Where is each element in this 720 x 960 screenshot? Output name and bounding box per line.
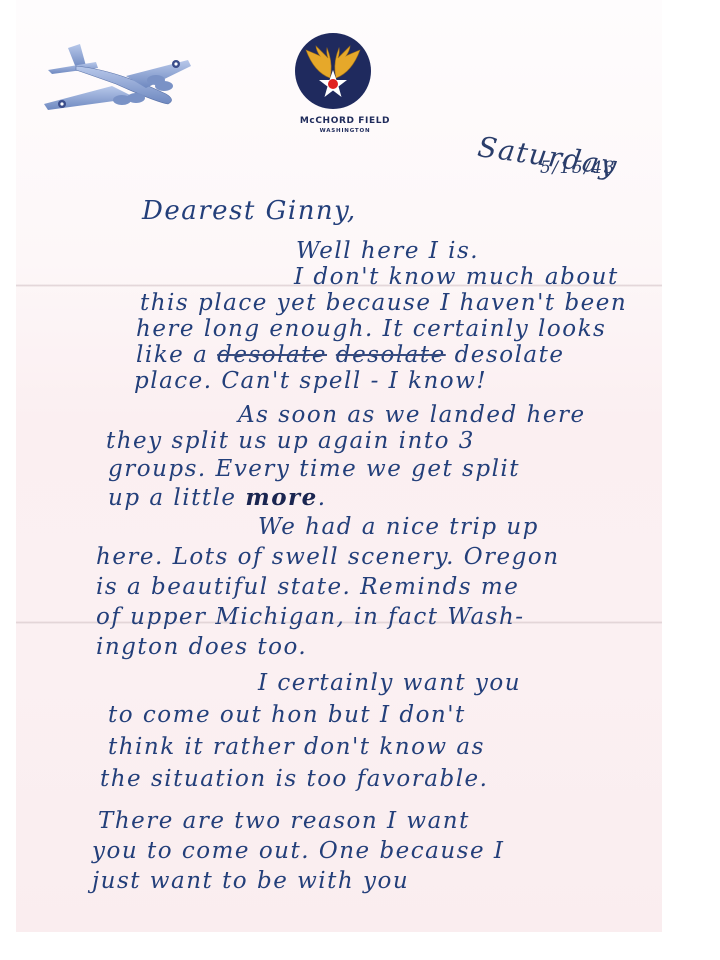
letter-line: the situation is too favorable. bbox=[100, 766, 488, 792]
letter-line: here long enough. It certainly looks bbox=[136, 316, 606, 342]
letter-line: Well here I is. bbox=[296, 238, 479, 264]
letter-line: they split us up again into 3 bbox=[106, 428, 475, 454]
letter-line: groups. Every time we get split bbox=[108, 456, 520, 482]
letter-line: here. Lots of swell scenery. Oregon bbox=[96, 544, 560, 570]
letter-line: this place yet because I haven't been bbox=[140, 290, 627, 316]
letter-line: like a desolate desolate desolate bbox=[136, 342, 565, 368]
letter-line-text: up a little bbox=[108, 485, 245, 511]
letterhead-state: WASHINGTON bbox=[290, 128, 400, 134]
salutation: Dearest Ginny, bbox=[142, 196, 357, 226]
letter-line-text: like a bbox=[136, 342, 208, 368]
letter-line: I don't know much about bbox=[294, 264, 619, 290]
letter-line: just want to be with you bbox=[92, 868, 409, 894]
letter-line: up a little more. bbox=[108, 484, 327, 511]
army-air-forces-emblem-icon bbox=[294, 32, 372, 110]
b17-bomber-icon bbox=[36, 36, 196, 116]
letter-line: I certainly want you bbox=[258, 670, 521, 696]
letter-line: There are two reason I want bbox=[98, 808, 470, 834]
letter-line: ington does too. bbox=[96, 634, 307, 660]
letterhead-field-name: McCHORD FIELD bbox=[290, 116, 400, 126]
letter-line: of upper Michigan, in fact Wash- bbox=[96, 604, 525, 630]
corrected-word: desolate bbox=[455, 342, 565, 368]
letter-line: to come out hon but I don't bbox=[108, 702, 466, 728]
letter-line: you to come out. One because I bbox=[92, 838, 505, 864]
emphasized-word: more bbox=[245, 484, 317, 511]
letter-line: place. Can't spell - I know! bbox=[134, 368, 487, 394]
date-numeric: 5/15/43 bbox=[540, 158, 616, 178]
letter-line: We had a nice trip up bbox=[258, 514, 539, 540]
letter-line: As soon as we landed here bbox=[238, 402, 586, 428]
struck-word: desolate bbox=[217, 342, 327, 368]
struck-word: desolate bbox=[336, 342, 446, 368]
letter-line: think it rather don't know as bbox=[108, 734, 485, 760]
letter-line: is a beautiful state. Reminds me bbox=[96, 574, 519, 600]
